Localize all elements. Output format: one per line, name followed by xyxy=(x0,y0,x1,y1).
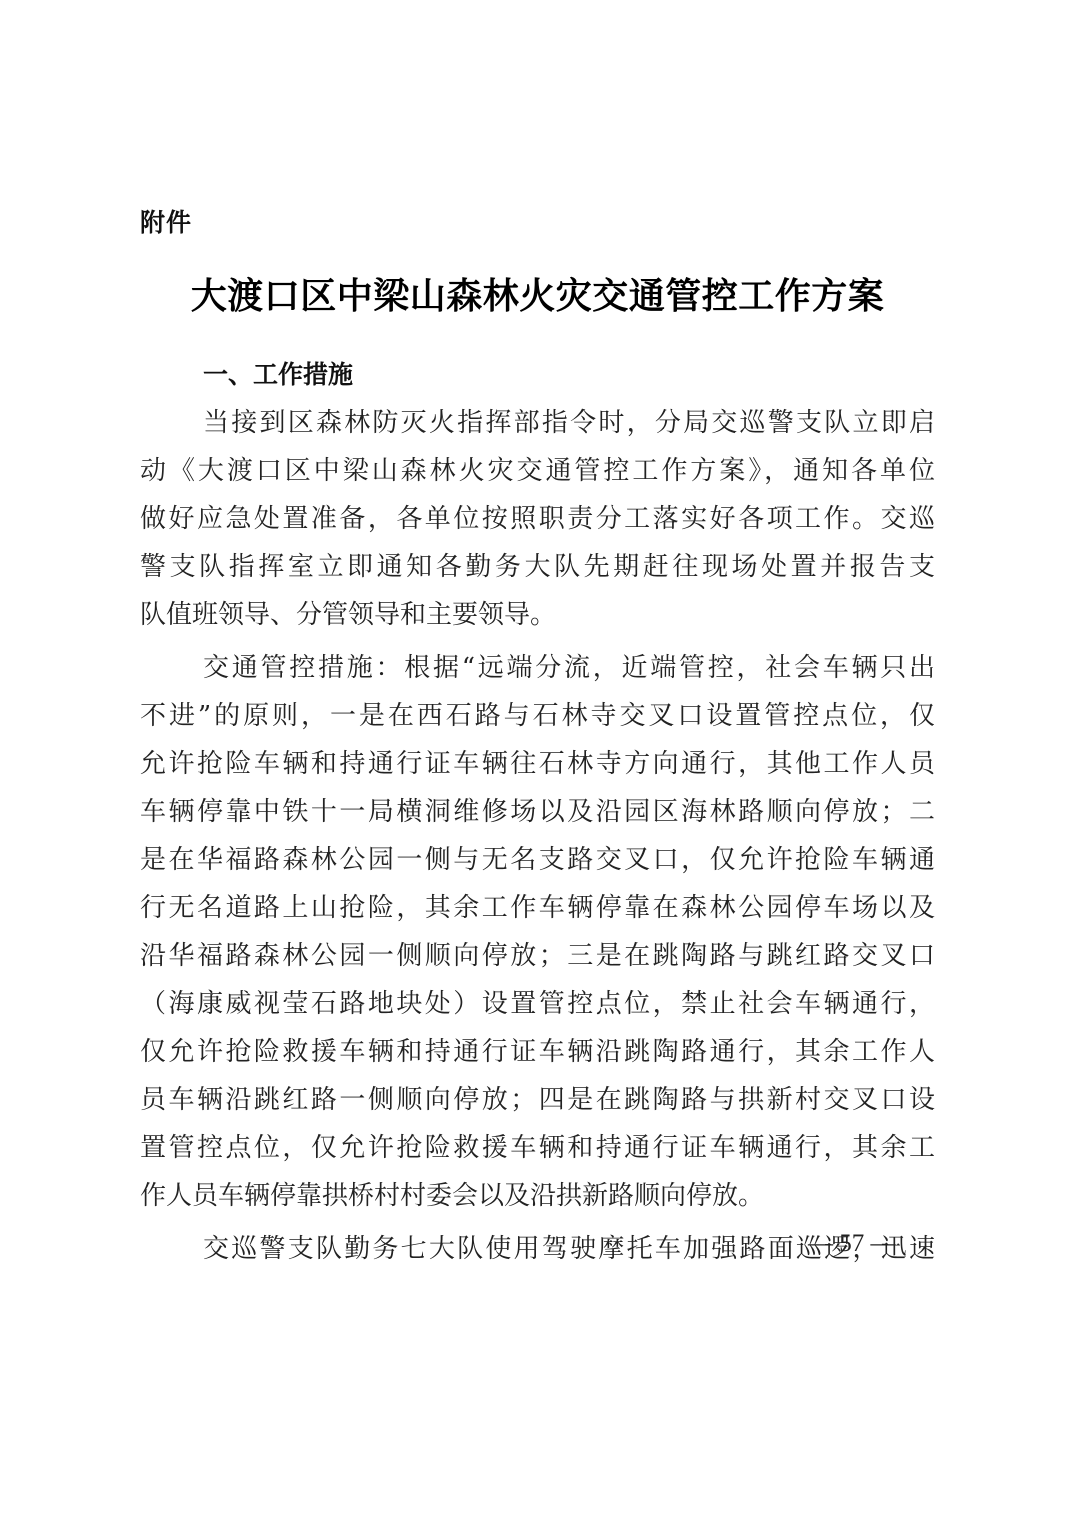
text-line: 动《大渡口区中梁山森林火灾交通管控工作方案》，通知各单位 xyxy=(140,451,935,499)
page-number: — 57 — xyxy=(808,1230,896,1258)
text-line: 车辆停靠中铁十一局横洞维修场以及沿园区海林路顺向停放；二 xyxy=(140,792,935,840)
text-line: 做好应急处置准备，各单位按照职责分工落实好各项工作。交巡 xyxy=(140,499,935,547)
text-line: 员车辆沿跳红路一侧顺向停放；四是在跳陶路与拱新村交叉口设 xyxy=(140,1080,935,1128)
document-page: 附件 大渡口区中梁山森林火灾交通管控工作方案 一、工作措施 当接到区森林防灭火指… xyxy=(0,0,1074,1520)
text-line: 警支队指挥室立即通知各勤务大队先期赶往现场处置并报告支 xyxy=(140,547,935,595)
text-line: 不进”的原则，一是在西石路与石林寺交叉口设置管控点位，仅 xyxy=(140,696,935,744)
text-line: 队值班领导、分管领导和主要领导。 xyxy=(140,595,935,643)
paragraph-notification: 当接到区森林防灭火指挥部指令时，分局交巡警支队立即启 动《大渡口区中梁山森林火灾… xyxy=(140,403,940,643)
document-title: 大渡口区中梁山森林火灾交通管控工作方案 xyxy=(140,268,935,319)
text-line: 当接到区森林防灭火指挥部指令时，分局交巡警支队立即启 xyxy=(140,403,935,451)
text-line: 允许抢险车辆和持通行证车辆往石林寺方向通行，其他工作人员 xyxy=(140,744,935,792)
text-line: （海康威视莹石路地块处）设置管控点位，禁止社会车辆通行， xyxy=(140,984,935,1032)
text-line: 沿华福路森林公园一侧顺向停放；三是在跳陶路与跳红路交叉口 xyxy=(140,936,935,984)
text-line: 仅允许抢险救援车辆和持通行证车辆沿跳陶路通行，其余工作人 xyxy=(140,1032,935,1080)
text-line: 交通管控措施：根据“远端分流，近端管控，社会车辆只出 xyxy=(140,648,935,696)
text-line: 置管控点位，仅允许抢险救援车辆和持通行证车辆通行，其余工 xyxy=(140,1128,935,1176)
text-line: 作人员车辆停靠拱桥村村委会以及沿拱新路顺向停放。 xyxy=(140,1176,935,1224)
section-heading: 一、工作措施 xyxy=(203,355,353,391)
attachment-label: 附件 xyxy=(140,203,192,239)
text-line: 行无名道路上山抢险，其余工作车辆停靠在森林公园停车场以及 xyxy=(140,888,935,936)
text-line: 是在华福路森林公园一侧与无名支路交叉口，仅允许抢险车辆通 xyxy=(140,840,935,888)
paragraph-traffic-control-measures: 交通管控措施：根据“远端分流，近端管控，社会车辆只出 不进”的原则，一是在西石路… xyxy=(140,648,940,1224)
document-body: 当接到区森林防灭火指挥部指令时，分局交巡警支队立即启 动《大渡口区中梁山森林火灾… xyxy=(140,403,940,1277)
